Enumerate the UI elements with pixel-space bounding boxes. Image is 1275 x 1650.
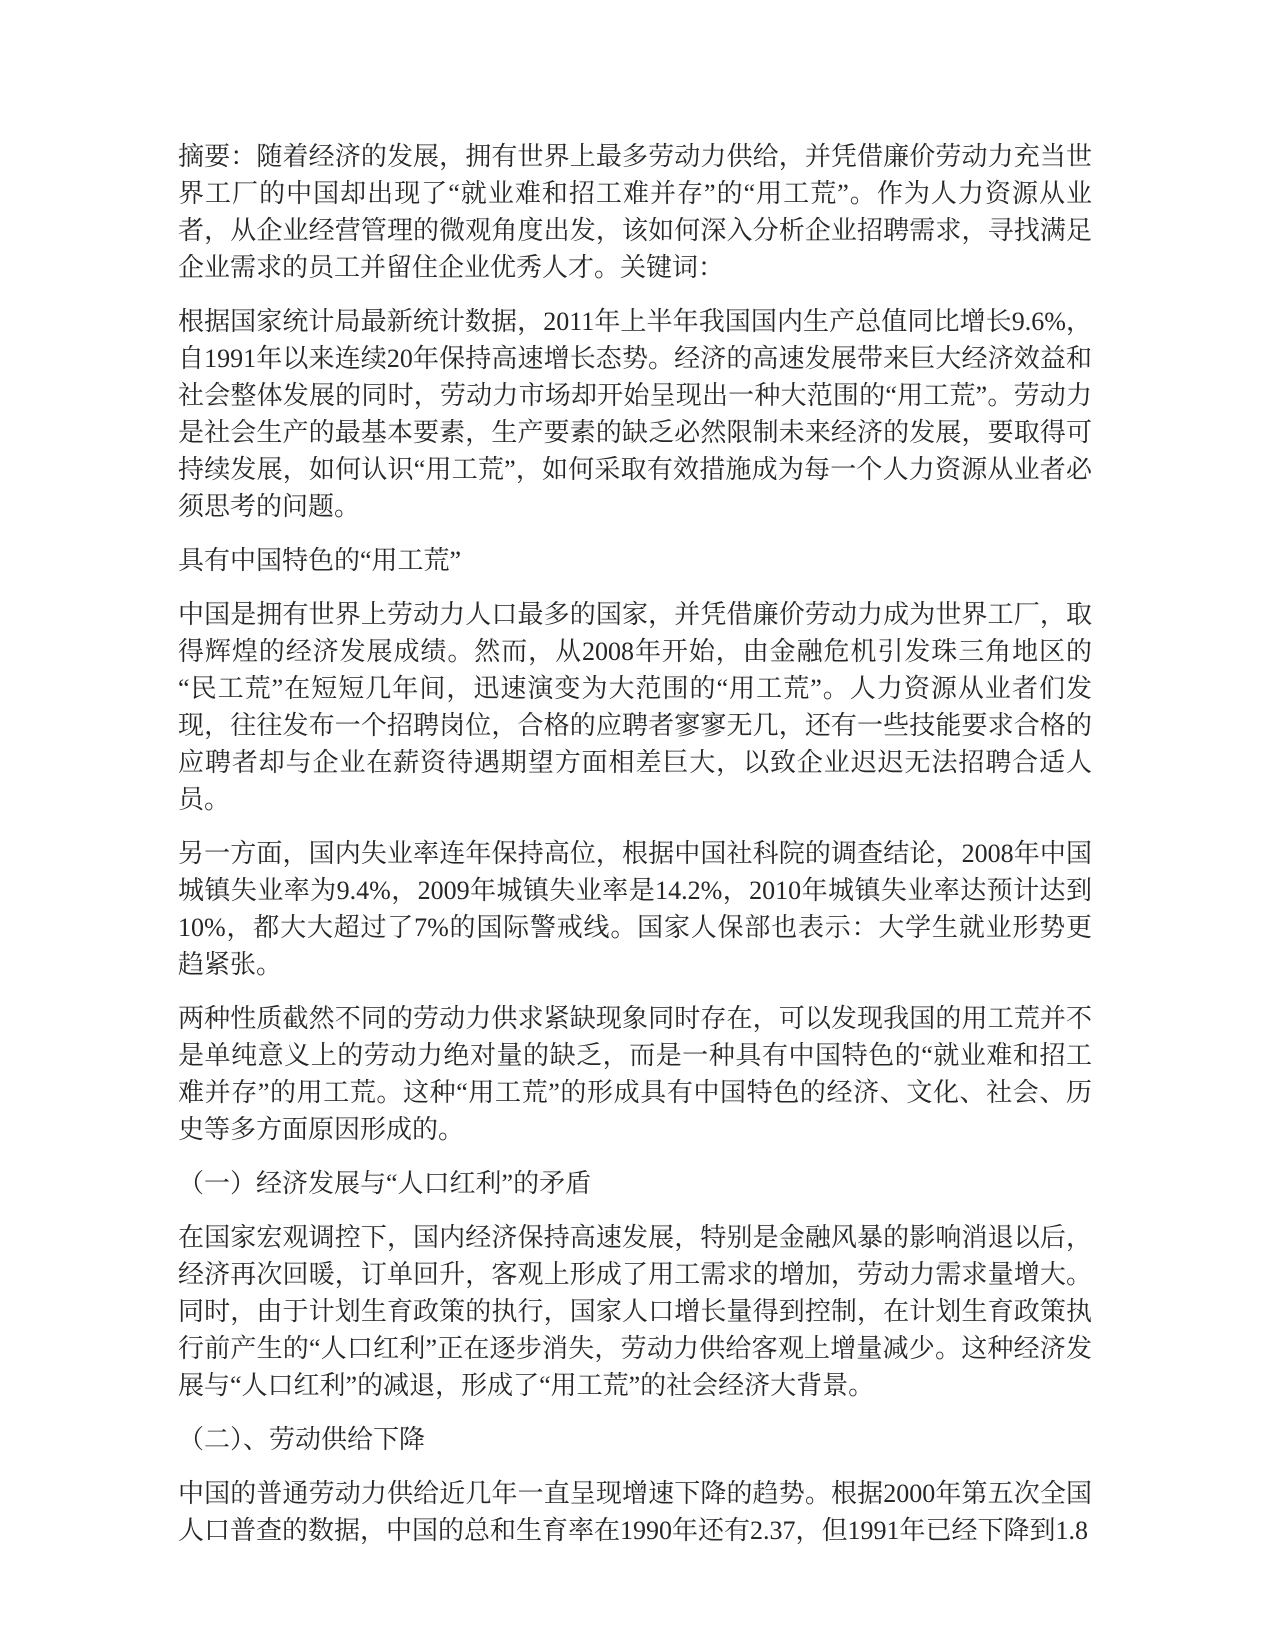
document-page: 摘要：随着经济的发展，拥有世界上最多劳动力供给，并凭借廉价劳动力充当世界工厂的中… xyxy=(0,0,1275,1650)
abstract-paragraph: 摘要：随着经济的发展，拥有世界上最多劳动力供给，并凭借廉价劳动力充当世界工厂的中… xyxy=(178,138,1092,286)
dual-shortage-paragraph: 两种性质截然不同的劳动力供求紧缺现象同时存在，可以发现我国的用工荒并不是单纯意义… xyxy=(178,1000,1092,1148)
document-body: 摘要：随着经济的发展，拥有世界上最多劳动力供给，并凭借廉价劳动力充当世界工厂的中… xyxy=(178,138,1092,1549)
section-heading-china-labor-shortage: 具有中国特色的“用工荒” xyxy=(178,542,1092,579)
section-heading-demographic-dividend: （一）经济发展与“人口红利”的矛盾 xyxy=(178,1165,1092,1202)
intro-paragraph: 根据国家统计局最新统计数据，2011年上半年我国国内生产总值同比增长9.6%，自… xyxy=(178,303,1092,525)
macro-economy-paragraph: 在国家宏观调控下，国内经济保持高速发展，特别是金融风暴的影响消退以后，经济再次回… xyxy=(178,1219,1092,1404)
labor-shortage-paragraph: 中国是拥有世界上劳动力人口最多的国家，并凭借廉价劳动力成为世界工厂，取得辉煌的经… xyxy=(178,596,1092,818)
fertility-rate-paragraph: 中国的普通劳动力供给近几年一直呈现增速下降的趋势。根据2000年第五次全国人口普… xyxy=(178,1475,1092,1549)
section-heading-labor-supply-decline: （二）、劳动供给下降 xyxy=(178,1421,1092,1458)
unemployment-paragraph: 另一方面，国内失业率连年保持高位，根据中国社科院的调查结论，2008年中国城镇失… xyxy=(178,835,1092,983)
